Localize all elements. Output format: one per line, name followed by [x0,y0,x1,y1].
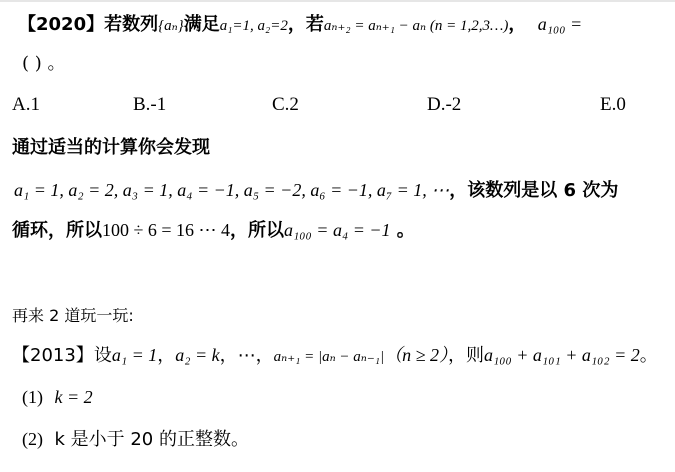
period-text: ，该数列是以 6 次为 [449,180,618,201]
sequence-terms: a₁ = 1, a₂ = 2, a₃ = 1, a₄ = −1, a₅ = −2… [14,180,449,200]
stem-text: ，⋯， [220,345,274,366]
problem1-stem: 【2020】若数列{aₙ}满足a₁=1, a₂=2，若aₙ₊₂ = aₙ₊₁ −… [18,12,582,38]
case-text: k 是小于 20 的正整数。 [54,429,249,450]
stem-text: 设 [94,345,112,366]
case-text: k = 2 [54,387,92,407]
stem-text: ，则 [448,345,484,366]
option-b: B.-1 [133,94,166,116]
problem-year-tag: 【2013】 [12,345,94,366]
conclusion-text: ，所以 [230,220,284,241]
conclusion-text: 。 [391,220,415,241]
stem-text: 若数列 [104,14,158,35]
stem-text: ， [508,14,526,35]
initial-a2: a₂ = k [175,345,219,365]
initial-a1: a₁ = 1 [112,345,157,365]
option-e: E.0 [600,94,626,116]
case-1: (1) k = 2 [22,385,93,410]
solution-terms-line: a₁ = 1, a₂ = 2, a₃ = 1, a₄ = −1, a₅ = −2… [14,178,618,203]
stem-text: 满足 [184,14,220,35]
division-expression: 100 ÷ 6 = 16 ⋯ 4 [102,220,230,240]
recurrence-formula: aₙ₊₂ = aₙ₊₁ − aₙ (n = 1,2,3…) [324,18,508,34]
solution-conclusion-line: 循环，所以100 ÷ 6 = 16 ⋯ 4，所以a₁₀₀ = a₄ = −1 。 [12,218,415,243]
conclusion-text: 循环，所以 [12,220,102,241]
answer-blank: ( ) 。 [22,52,66,76]
option-d: D.-2 [427,94,461,116]
sequence-symbol: {aₙ} [158,18,184,34]
question-target: a₁₀₀ = [538,14,582,34]
stem-text: ， [157,345,175,366]
sum-expression: a₁₀₀ + a₁₀₁ + a₁₀₂ = 2 [484,345,640,365]
stem-text: 。 [640,345,658,366]
solution-heading: 通过适当的计算你会发现 [12,136,210,160]
top-border [0,0,675,2]
option-c: C.2 [272,94,299,116]
stem-text: ，若 [288,14,324,35]
option-a: A.1 [12,94,40,116]
practice-heading: 再来 2 道玩一玩: [12,304,134,328]
case-number: (2) [22,429,43,449]
result-expression: a₁₀₀ = a₄ = −1 [284,220,390,240]
case-number: (1) [22,387,43,407]
condition: （n ≥ 2） [384,345,448,365]
case-2: (2) k 是小于 20 的正整数。 [22,427,249,452]
problem-year-tag: 【2020】 [18,14,104,35]
initial-values: a₁=1, a₂=2 [220,18,288,34]
recurrence-formula: aₙ₊₁ = |aₙ − aₙ₋₁| [274,349,385,365]
problem2-stem: 【2013】设a₁ = 1，a₂ = k，⋯，aₙ₊₁ = |aₙ − aₙ₋₁… [12,343,658,369]
